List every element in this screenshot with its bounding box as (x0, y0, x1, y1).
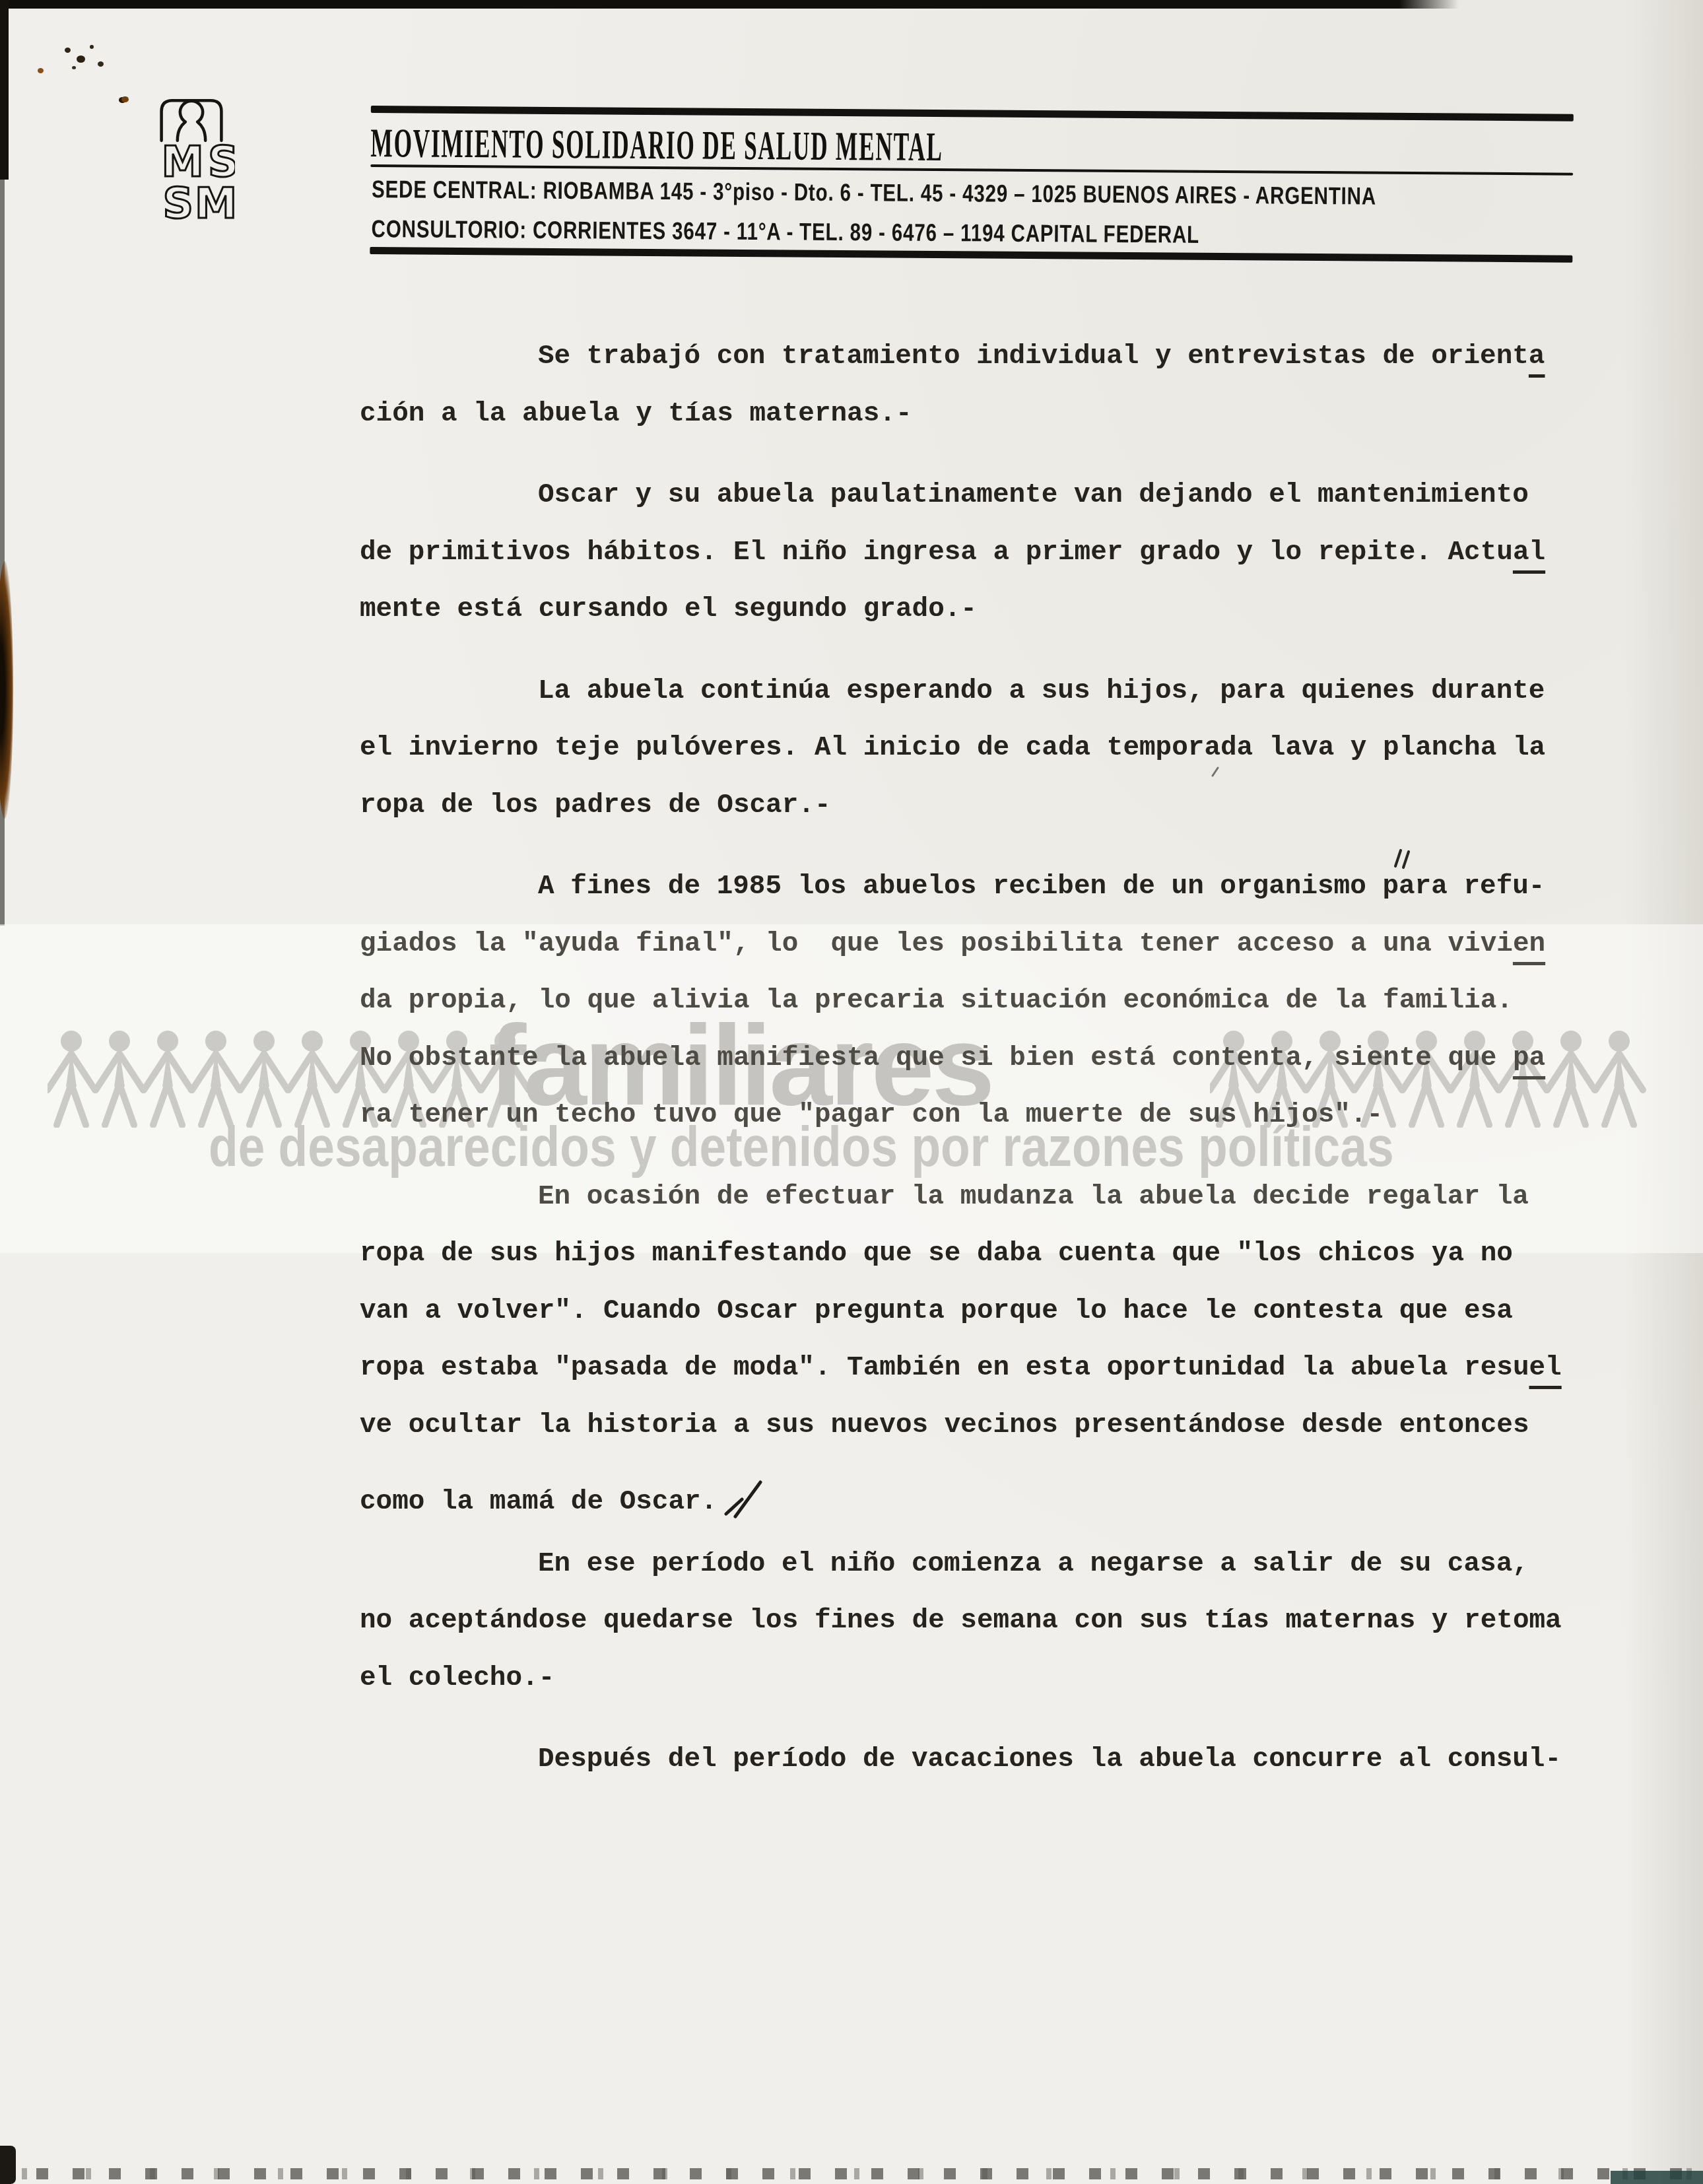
typed-line: ropa de sus hijos manifestando que se da… (360, 1241, 1513, 1268)
typed-line: Se trabajó con tratamiento individual y … (360, 343, 1545, 370)
letterhead-middle-rule (370, 164, 1573, 176)
handwritten-check-mark (722, 1480, 764, 1519)
typed-line: Después del período de vacaciones la abu… (360, 1746, 1561, 1773)
ink-tick-mark (1393, 846, 1413, 870)
typed-line: de primitivos hábitos. El niño ingresa a… (360, 539, 1545, 566)
typed-line: el colecho.- (360, 1665, 554, 1692)
ink-speck (90, 45, 94, 49)
rust-speck (121, 96, 129, 102)
scan-bottom-edge-artifact (0, 2168, 1703, 2179)
scan-left-edge-stain (0, 561, 13, 819)
org-name: MOVIMIENTO SOLIDARIO DE SALUD MENTAL (370, 123, 943, 168)
continuation-underline: el (1529, 1353, 1562, 1383)
logo-letters-row2: SM (163, 179, 235, 223)
continuation-underline: en (1513, 929, 1545, 959)
typed-line: La abuela continúa esperando a sus hijos… (360, 678, 1545, 705)
typed-line: A fines de 1985 los abuelos reciben de u… (360, 873, 1545, 901)
letterhead-address-line2: CONSULTORIO: CORRIENTES 3647 - 11°A - TE… (371, 217, 1199, 247)
logo-outer-busts-outline (162, 100, 222, 141)
letterhead-bottom-rule (370, 247, 1572, 263)
ink-tick-mark (1211, 766, 1220, 778)
typed-line: ra tener un techo tuvo que "pagar con la… (360, 1102, 1383, 1129)
typed-line: ción a la abuela y tías maternas.- (360, 401, 912, 428)
ink-speck (72, 66, 76, 69)
ink-speck (98, 61, 104, 67)
scanned-document-page: MS SM MOVIMIENTO SOLIDARIO DE SALUD MENT… (0, 0, 1703, 2184)
letterhead-address-line1: SEDE CENTRAL: RIOBAMBA 145 - 3°piso - Dt… (372, 177, 1376, 209)
typed-line: En ese período el niño comienza a negars… (360, 1551, 1529, 1578)
ink-speck (77, 55, 85, 63)
ink-speck (65, 48, 71, 53)
typed-line: no aceptándose quedarse los fines de sem… (360, 1608, 1562, 1635)
typed-line: como la mamá de Oscar. (360, 1469, 759, 1516)
scan-left-edge-artifact (0, 0, 9, 180)
typed-line: No obstante la abuela manifiesta que si … (360, 1045, 1545, 1072)
typed-line: ropa estaba "pasada de moda". También en… (360, 1355, 1562, 1382)
continuation-underline: al (1513, 537, 1545, 568)
rust-speck (38, 68, 44, 73)
typed-line: ropa de los padres de Oscar.- (360, 792, 831, 819)
typed-line: van a volver". Cuando Oscar pregunta por… (360, 1298, 1513, 1325)
letterhead: MOVIMIENTO SOLIDARIO DE SALUD MENTAL SED… (370, 0, 1580, 286)
continuation-underline: pa (1513, 1043, 1545, 1074)
typed-line: En ocasión de efectuar la mudanza la abu… (360, 1184, 1529, 1211)
typed-line: Oscar y su abuela paulatinamente van dej… (360, 482, 1529, 509)
typed-line: da propia, lo que alivia la precaria sit… (360, 988, 1513, 1015)
typed-line: ve ocultar la historia a sus nuevos veci… (360, 1412, 1529, 1439)
scan-bottom-right-artifact (1611, 2171, 1703, 2184)
scan-bottom-left-artifact (0, 2146, 16, 2184)
mssm-logo: MS SM (148, 77, 235, 223)
typed-line: mente está cursando el segundo grado.- (360, 596, 977, 623)
typed-line: giados la "ayuda final", lo que les posi… (360, 931, 1545, 958)
continuation-underline: a (1529, 341, 1545, 372)
letterhead-top-rule (371, 106, 1574, 121)
logo-center-bust-outline (178, 101, 205, 141)
typed-line: el invierno teje pulóveres. Al inicio de… (360, 735, 1545, 762)
